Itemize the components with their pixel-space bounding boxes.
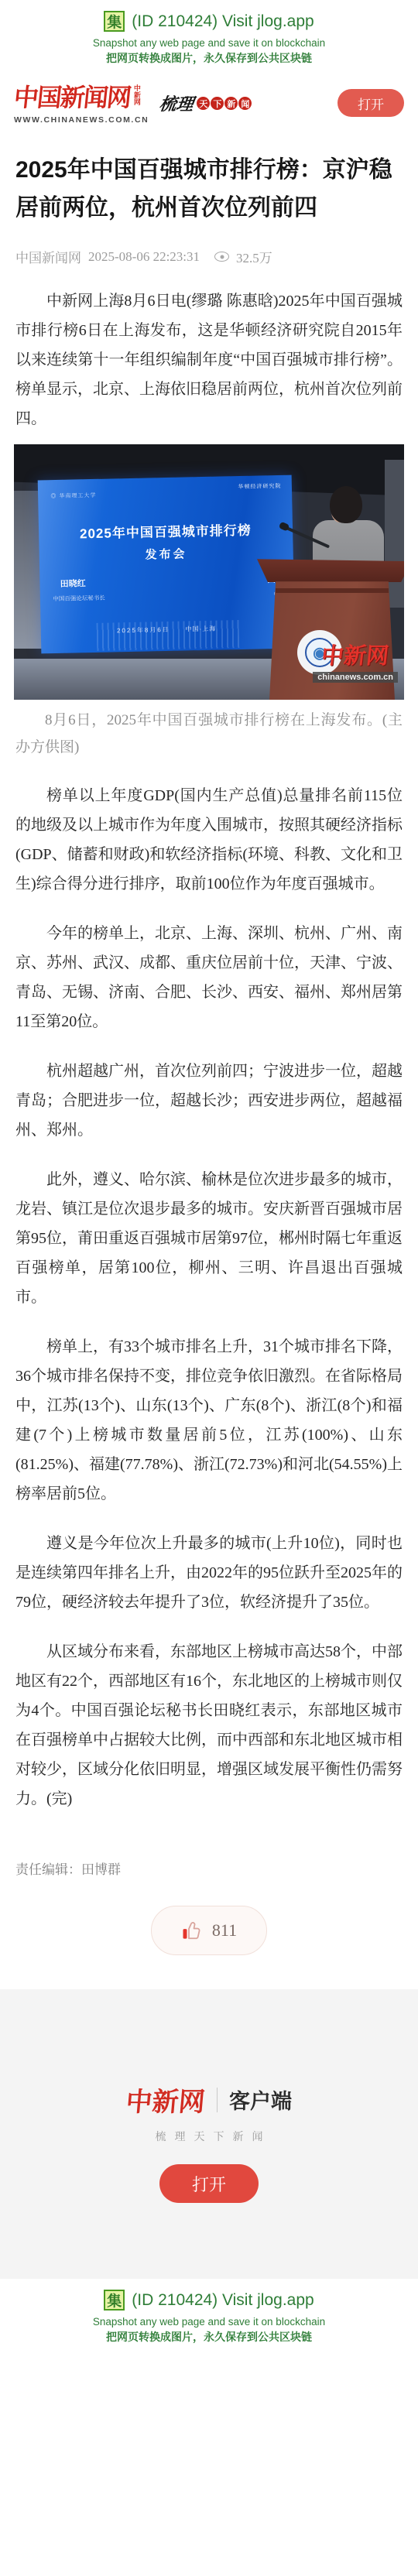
like-section: 811 [0, 1906, 418, 1986]
press-conference-photo: 华南理工大学 华顿经济研究院 2025年中国百强城市排行榜 发布会 田晓红 中国… [14, 444, 404, 700]
paragraph: 今年的榜单上，北京、上海、深圳、杭州、广州、南京、苏州、武汉、成都、重庆位居前十… [15, 919, 403, 1036]
jlog-banner-line1: 集 (ID 210424) Visit jlog.app [0, 11, 418, 32]
site-logo-url: WWW.CHINANEWS.COM.CN [14, 115, 149, 125]
footer-logo-row: 中新网 客户端 [0, 2081, 418, 2119]
footer-divider [217, 2088, 218, 2112]
site-logo[interactable]: 中国新闻网 中新网 WWW.CHINANEWS.COM.CN [14, 84, 149, 125]
footer-logo-calligraphy: 中新网 [125, 2081, 207, 2119]
tagline-script-text: 梳理 [158, 91, 195, 115]
screen-subtitle: 发布会 [39, 543, 293, 564]
article-figure: 华南理工大学 华顿经济研究院 2025年中国百强城市排行榜 发布会 田晓红 中国… [0, 444, 418, 761]
jlog-banner-link-text[interactable]: (ID 210424) Visit jlog.app [132, 12, 313, 31]
paragraph: 中新网上海8月6日电(缪璐 陈惠晗)2025年中国百强城市排行榜6日在上海发布，… [15, 286, 403, 433]
jlog-banner-bottom[interactable]: 集 (ID 210424) Visit jlog.app Snapshot an… [0, 2279, 418, 2354]
screen-logo-left: 华南理工大学 [50, 492, 96, 500]
site-tagline: 梳理 天 下 新 闻 [159, 91, 252, 115]
paragraph: 杭州超越广州，首次位列前四；宁波进步一位，超越青岛；合肥进步一位，超越长沙；西安… [15, 1057, 403, 1145]
site-logo-side-text: 中新网 [132, 84, 140, 105]
open-app-button[interactable]: 打开 [337, 89, 404, 117]
footer-open-button[interactable]: 打开 [159, 2164, 259, 2203]
jlog-banner-link-text[interactable]: (ID 210424) Visit jlog.app [132, 2291, 313, 2310]
paragraph: 榜单以上年度GDP(国内生产总值)总量排名前115位的地级及以上城市作为年度入围… [15, 781, 403, 899]
article: 2025年中国百强城市排行榜：京沪稳居前两位，杭州首次位列前四 中国新闻网 20… [0, 151, 418, 1986]
article-source: 中国新闻网 [15, 247, 81, 266]
jlog-banner-subtitle-en: Snapshot any web page and save it on blo… [0, 37, 418, 49]
site-logo-calligraphy: 中国新闻网 [12, 84, 132, 111]
editor-line: 责任编辑：田博群 [15, 1858, 403, 1878]
photo-podium-trim [276, 588, 389, 593]
like-button[interactable]: 811 [151, 1906, 267, 1955]
watermark-logo-text: 中新网 [311, 639, 399, 670]
paragraph: 遵义是今年位次上升最多的城市(上升10位)，同时也是连续第四年排名上升，由202… [15, 1529, 403, 1617]
jlog-banner-subtitle-zh: 把网页转换成图片，永久保存到公共区块链 [0, 2329, 418, 2345]
view-count: 32.5万 [236, 247, 272, 266]
paragraph: 此外，遵义、哈尔滨、榆林是位次进步最多的城市，龙岩、镇江是位次退步最多的城市。安… [15, 1165, 403, 1312]
article-title: 2025年中国百强城市排行榜：京沪稳居前两位，杭州首次位列前四 [15, 151, 403, 227]
image-caption: 8月6日，2025年中国百强城市排行榜在上海发布。(主办方供图) [15, 707, 403, 761]
tagline-badge-4: 闻 [238, 97, 252, 110]
screen-logo-right: 华顿经济研究院 [238, 482, 281, 491]
jlog-banner-line1: 集 (ID 210424) Visit jlog.app [0, 2290, 418, 2311]
site-header: 中国新闻网 中新网 WWW.CHINANEWS.COM.CN 梳理 天 下 新 … [0, 75, 418, 137]
like-count: 811 [212, 1920, 237, 1941]
screen-speaker-title: 中国百强论坛秘书长 [53, 594, 105, 603]
paragraph: 榜单上，有33个城市排名上升，31个城市排名下降，36个城市排名保持不变，排位竞… [15, 1332, 403, 1509]
watermark-url: chinanews.com.cn [313, 672, 398, 683]
footer-client-label: 客户端 [229, 2084, 292, 2115]
article-meta: 中国新闻网 2025-08-06 22:23:31 32.5万 [15, 247, 403, 266]
photo-speaker-hair [330, 486, 362, 523]
jlog-banner-subtitle-en: Snapshot any web page and save it on blo… [0, 2316, 418, 2328]
thumbs-up-icon [181, 1919, 204, 1942]
jlog-logo-icon: 集 [104, 2290, 125, 2311]
jlog-banner-subtitle-zh: 把网页转换成图片，永久保存到公共区块链 [0, 50, 418, 66]
screen-title: 2025年中国百强城市排行榜 [39, 519, 293, 543]
tagline-badge-1: 天 [197, 97, 210, 110]
photo-podium-top [257, 559, 404, 582]
footer-tagline: 梳理天下新闻 [0, 2129, 418, 2144]
tagline-badge-2: 下 [211, 97, 224, 110]
app-footer: 中新网 客户端 梳理天下新闻 打开 [0, 1989, 418, 2279]
screen-speaker-name: 田晓红 [60, 577, 85, 590]
views-eye-icon [214, 252, 229, 262]
paragraph: 从区域分布来看，东部地区上榜城市高达58个，中部地区有22个，西部地区有16个，… [15, 1637, 403, 1814]
jlog-banner-top[interactable]: 集 (ID 210424) Visit jlog.app Snapshot an… [0, 0, 418, 75]
photo-presentation-screen: 华南理工大学 华顿经济研究院 2025年中国百强城市排行榜 发布会 田晓红 中国… [37, 475, 294, 654]
jlog-logo-icon: 集 [104, 11, 125, 32]
photo-watermark: 中新网 chinanews.com.cn [313, 639, 398, 683]
tagline-badge-3: 新 [224, 97, 238, 110]
article-datetime: 2025-08-06 22:23:31 [88, 249, 200, 265]
screen-skyline-graphic [96, 620, 238, 651]
